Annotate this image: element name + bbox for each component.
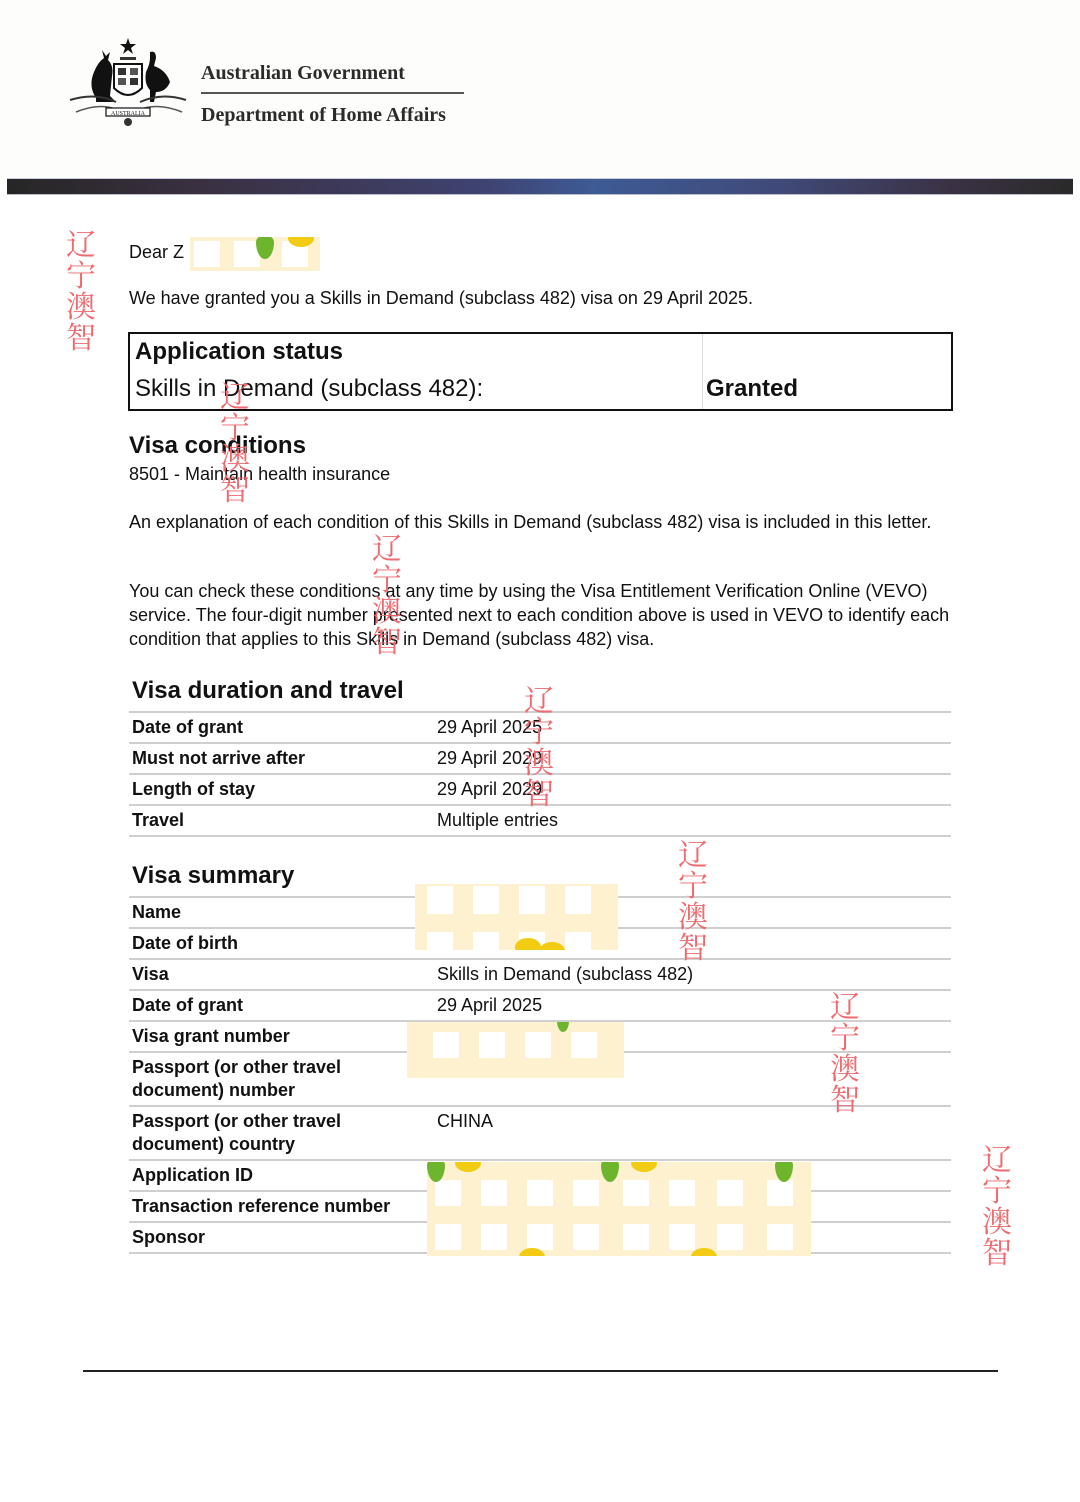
row-label: Date of grant <box>129 713 437 742</box>
row-label: Transaction reference number <box>129 1192 437 1221</box>
coat-of-arms-icon: AUSTRALIA <box>66 36 190 128</box>
header-divider <box>201 92 464 94</box>
visa-duration-title: Visa duration and travel <box>132 677 404 705</box>
row-label: Travel <box>129 806 437 835</box>
application-status-title: Application status <box>135 338 343 366</box>
redacted-name <box>190 237 320 271</box>
row-label: Date of birth <box>129 929 437 958</box>
watermark: 辽宁澳智 <box>64 230 98 354</box>
visa-condition-item: 8501 - Maintain health insurance <box>129 462 390 486</box>
row-label: Application ID <box>129 1161 437 1190</box>
redacted-name-dob <box>415 884 618 950</box>
row-label: Must not arrive after <box>129 744 437 773</box>
vevo-note: You can check these conditions at any ti… <box>129 579 954 651</box>
visa-summary-title: Visa summary <box>132 862 294 890</box>
watermark: 辽宁澳智 <box>522 686 556 810</box>
department-title: Department of Home Affairs <box>201 104 446 127</box>
row-label: Name <box>129 898 437 927</box>
row-value: CHINA <box>432 1107 951 1159</box>
status-box-divider <box>702 334 703 409</box>
row-value: 29 April 2025 <box>437 991 951 1020</box>
row-label: Visa <box>129 960 437 989</box>
row-value: 29 April 2025 <box>437 713 951 742</box>
redacted-grant-passport-number <box>407 1022 624 1078</box>
row-value: 29 April 2029 <box>437 775 951 804</box>
watermark: 辽宁澳智 <box>370 534 404 658</box>
grant-intro: We have granted you a Skills in Demand (… <box>129 286 753 310</box>
row-label: Date of grant <box>129 991 437 1020</box>
government-title: Australian Government <box>201 62 405 85</box>
row-value: Multiple entries <box>437 806 951 835</box>
table-row: VisaSkills in Demand (subclass 482) <box>129 958 951 989</box>
conditions-explanation: An explanation of each condition of this… <box>129 510 949 534</box>
redacted-application-transaction-sponsor <box>427 1162 811 1256</box>
application-status-label: Skills in Demand (subclass 482): <box>135 375 483 403</box>
svg-text:AUSTRALIA: AUSTRALIA <box>111 111 146 117</box>
row-label: Sponsor <box>129 1223 437 1252</box>
footer-divider <box>83 1370 998 1372</box>
letterhead: AUSTRALIA Australian Government Departme… <box>0 0 1080 178</box>
application-status-value: Granted <box>706 375 798 403</box>
watermark: 辽宁澳智 <box>218 382 252 506</box>
salutation: Dear Z <box>129 240 184 264</box>
watermark: 辽宁澳智 <box>828 992 862 1116</box>
row-value: 29 April 2029 <box>437 744 951 773</box>
row-label: Visa grant number <box>129 1022 437 1051</box>
watermark: 辽宁澳智 <box>676 840 710 964</box>
row-label: Passport (or other travel document) coun… <box>129 1107 432 1159</box>
watermark: 辽宁澳智 <box>980 1145 1014 1269</box>
row-label: Passport (or other travel document) numb… <box>129 1053 432 1105</box>
header-color-band <box>7 178 1073 195</box>
row-label: Length of stay <box>129 775 437 804</box>
